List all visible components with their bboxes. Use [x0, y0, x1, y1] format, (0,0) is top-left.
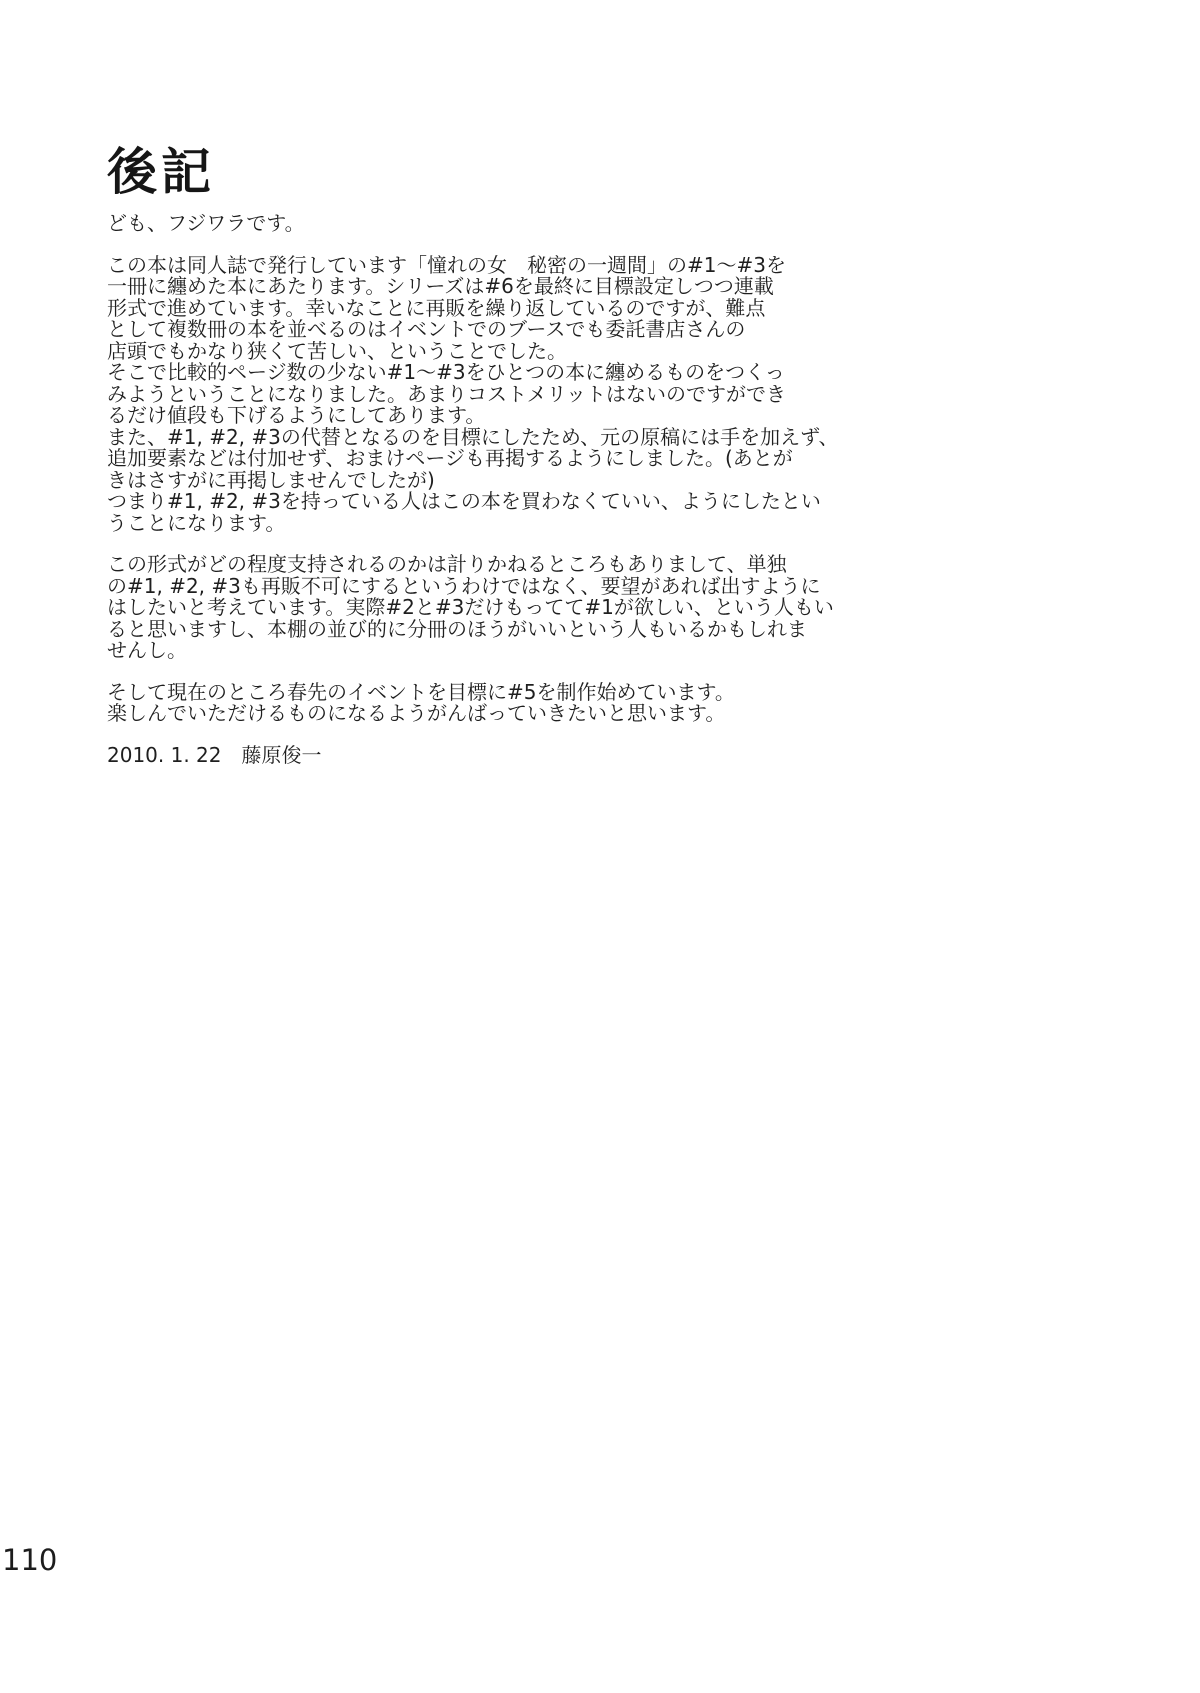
- page-title: 後記: [107, 146, 847, 198]
- paragraph-3: そして現在のところ春先のイベントを目標に#5を制作始めています。 楽しんでいただ…: [107, 682, 847, 725]
- page-number: 110: [2, 1544, 57, 1576]
- signature-date: 2010. 1. 22 藤原俊一: [107, 745, 847, 767]
- afterword-content: 後記 ども、フジワラです。 この本は同人誌で発行しています「憧れの女 秘密の一週…: [107, 146, 847, 766]
- paragraph-2: この形式がどの程度支持されるのかは計りかねるところもありまして、単独 の#1, …: [107, 554, 847, 662]
- paragraph-1: この本は同人誌で発行しています「憧れの女 秘密の一週間」の#1～#3を 一冊に纏…: [107, 255, 847, 535]
- afterword-page: 後記 ども、フジワラです。 この本は同人誌で発行しています「憧れの女 秘密の一週…: [0, 0, 1200, 1693]
- greeting-text: ども、フジワラです。: [107, 213, 847, 235]
